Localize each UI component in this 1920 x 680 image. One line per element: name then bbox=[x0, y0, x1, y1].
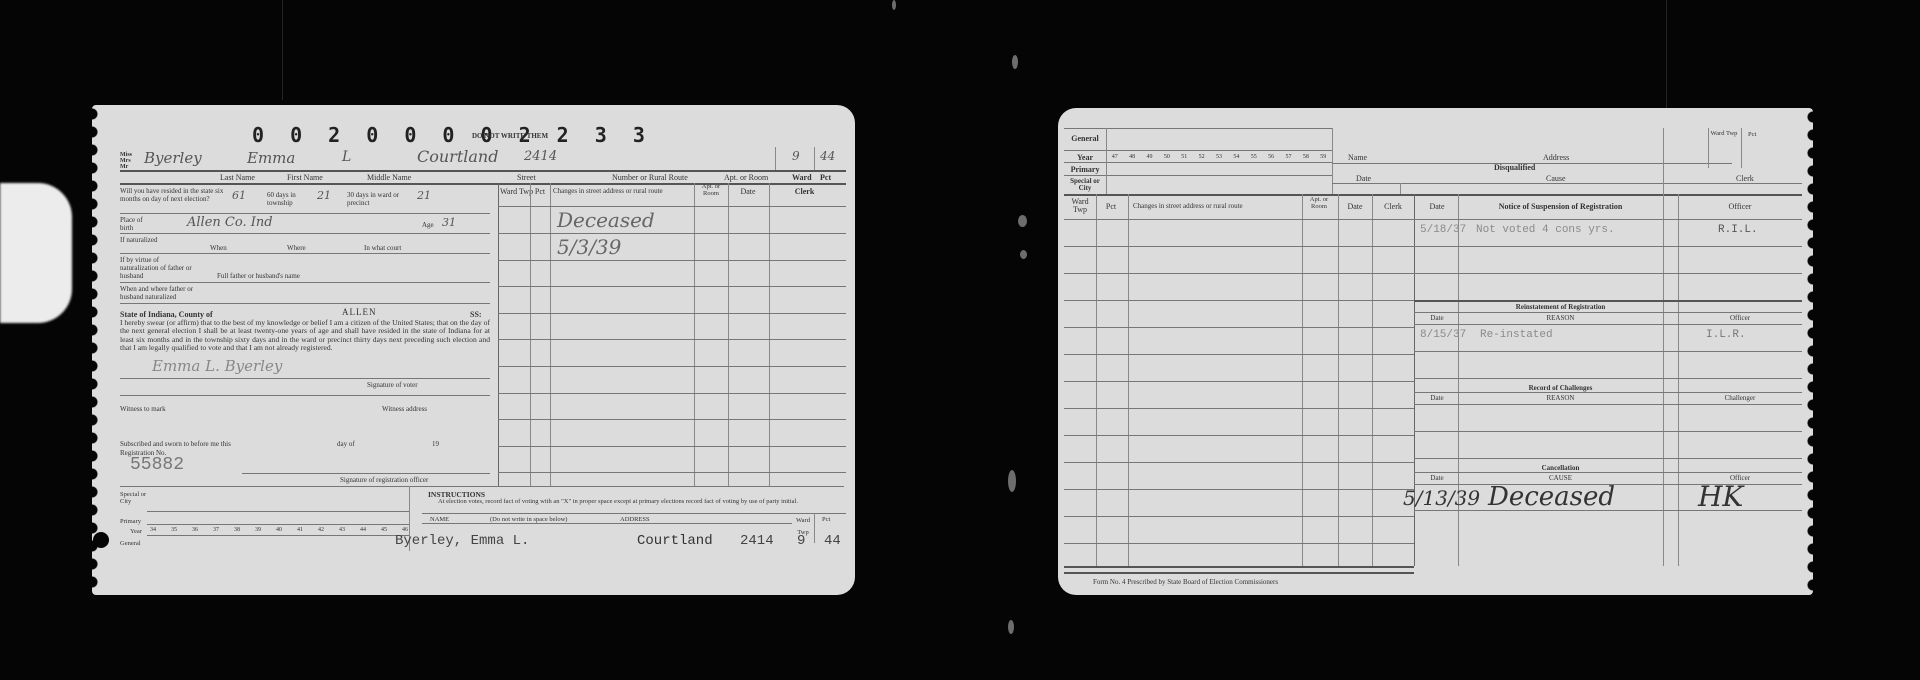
year-cell: 49 bbox=[1146, 153, 1152, 162]
divider bbox=[694, 183, 695, 486]
col-clerk: Clerk bbox=[1373, 202, 1413, 211]
rule bbox=[498, 233, 846, 234]
row-year: Year bbox=[130, 527, 142, 536]
year-cell: 39 bbox=[255, 526, 261, 535]
witness-address-label: Witness address bbox=[382, 405, 427, 414]
divider bbox=[769, 183, 770, 486]
rule bbox=[498, 446, 846, 447]
disq-clerk-label: Clerk bbox=[1736, 174, 1754, 183]
rule bbox=[1064, 219, 1414, 220]
divider bbox=[814, 513, 815, 543]
film-scratch bbox=[1666, 0, 1667, 110]
reinst-date-header: Date bbox=[1416, 314, 1458, 323]
q-age: Age bbox=[422, 221, 434, 230]
reinst-date: 8/15/37 bbox=[1420, 329, 1466, 341]
susp-reason: Not voted 4 cons yrs. bbox=[1476, 224, 1615, 236]
rule bbox=[120, 233, 490, 234]
divider bbox=[1106, 128, 1107, 194]
row-special-city: Special or City bbox=[1064, 178, 1106, 192]
typed-name: Byerley, Emma L. bbox=[395, 533, 529, 549]
year-cell: 53 bbox=[1216, 153, 1222, 162]
rule bbox=[1414, 458, 1802, 459]
rule bbox=[1332, 163, 1732, 164]
rule bbox=[1414, 312, 1802, 313]
label-number: Number or Rural Route bbox=[612, 173, 688, 182]
divider bbox=[530, 183, 531, 486]
col-clerk: Clerk bbox=[772, 187, 837, 196]
rule bbox=[1064, 489, 1414, 490]
middle-initial-handwriting: L bbox=[342, 149, 351, 165]
dust-speck bbox=[1008, 620, 1014, 634]
rule bbox=[1064, 354, 1414, 355]
rule bbox=[120, 213, 490, 214]
rule bbox=[498, 206, 846, 207]
susp-date-header: Date bbox=[1416, 202, 1458, 211]
reinst-reason: Re-instated bbox=[1480, 329, 1553, 341]
rule bbox=[498, 419, 846, 420]
rule bbox=[1414, 472, 1802, 473]
rule bbox=[120, 378, 490, 379]
rule bbox=[120, 253, 490, 254]
divider bbox=[1372, 194, 1373, 566]
disq-address-label: Address bbox=[1543, 153, 1569, 162]
rule bbox=[498, 286, 846, 287]
year-cell: 35 bbox=[171, 526, 177, 535]
rule bbox=[1332, 183, 1802, 184]
dust-speck bbox=[1020, 250, 1027, 259]
year-cell: 54 bbox=[1233, 153, 1239, 162]
year-prefix: 19 bbox=[432, 440, 439, 449]
q-when: When bbox=[210, 244, 227, 253]
typed-ward: 9 bbox=[797, 533, 805, 549]
rule bbox=[147, 535, 409, 536]
rule bbox=[1064, 175, 1332, 176]
pct-handwriting: 44 bbox=[820, 149, 835, 163]
rule bbox=[422, 523, 792, 524]
reinst-officer-header: Officer bbox=[1678, 314, 1802, 323]
row-primary: Primary bbox=[120, 517, 141, 526]
rule bbox=[1064, 543, 1414, 544]
registration-card-back: General Year Primary Special or City 47 … bbox=[1058, 108, 1813, 595]
divider bbox=[1338, 194, 1339, 566]
divider bbox=[1128, 194, 1129, 566]
cancel-date: 5/13/39 bbox=[1403, 486, 1480, 510]
year-cell: 42 bbox=[318, 526, 324, 535]
year-cell: 57 bbox=[1285, 153, 1291, 162]
susp-title: Notice of Suspension of Registration bbox=[1458, 202, 1663, 211]
col-ward-twp: Ward Twp bbox=[1064, 198, 1096, 214]
rule bbox=[498, 339, 846, 340]
col-apt: Apt. or Room bbox=[1302, 196, 1336, 210]
stamp-caption: DO NOT WRITE THEM bbox=[472, 132, 548, 141]
rule bbox=[498, 393, 846, 394]
rule bbox=[1064, 516, 1414, 517]
birth-handwriting: Allen Co. Ind bbox=[187, 215, 273, 230]
rule bbox=[1064, 128, 1332, 129]
number-handwriting: 2414 bbox=[524, 149, 557, 164]
rule bbox=[120, 486, 844, 487]
label-middle-name: Middle Name bbox=[367, 173, 411, 182]
typed-pct: 44 bbox=[824, 533, 841, 549]
rule bbox=[1414, 324, 1802, 325]
label-ward: Ward bbox=[792, 173, 812, 182]
rule bbox=[1064, 566, 1414, 568]
rule bbox=[1414, 431, 1802, 432]
dust-speck bbox=[1008, 470, 1016, 492]
rule bbox=[498, 472, 846, 473]
disq-cause-label: Cause bbox=[1546, 174, 1566, 183]
rule bbox=[1414, 300, 1802, 302]
divider bbox=[550, 183, 551, 486]
year-cell: 40 bbox=[276, 526, 282, 535]
film-scratch bbox=[282, 0, 283, 100]
rule bbox=[1414, 351, 1802, 352]
dust-speck bbox=[1018, 215, 1027, 227]
q-father-name: Full father or husband's name bbox=[217, 272, 300, 281]
col-date: Date bbox=[1338, 202, 1372, 211]
rule bbox=[1064, 273, 1414, 274]
rule bbox=[147, 511, 409, 512]
q-where: Where bbox=[287, 244, 306, 253]
year-cell: 43 bbox=[339, 526, 345, 535]
label-pct: Pct bbox=[820, 173, 831, 182]
disq-ward-label: Ward Twp bbox=[1710, 130, 1738, 137]
rule bbox=[147, 524, 409, 525]
year-cell: 51 bbox=[1181, 153, 1187, 162]
serial-stamp: 0 0 2 0 0 0 0 2 2 3 3 bbox=[252, 123, 652, 147]
year-cell: 37 bbox=[213, 526, 219, 535]
chal-challenger-header: Challenger bbox=[1678, 394, 1802, 403]
card-perforation bbox=[92, 105, 102, 595]
ward-days-handwriting: 21 bbox=[417, 189, 431, 202]
change-entry-date: 5/3/39 bbox=[557, 235, 621, 259]
township-handwriting: 21 bbox=[317, 189, 331, 202]
col-changes: Changes in street address or rural route bbox=[1133, 202, 1243, 211]
label-last-name: Last Name bbox=[220, 173, 255, 182]
rule bbox=[1064, 381, 1414, 382]
dust-speck bbox=[892, 0, 896, 10]
divider bbox=[1741, 128, 1742, 168]
year-cell: 52 bbox=[1199, 153, 1205, 162]
disq-pct-label: Pct bbox=[1748, 130, 1756, 139]
cancel-officer: HK bbox=[1698, 480, 1743, 513]
rule bbox=[1414, 392, 1802, 393]
rule bbox=[1064, 162, 1332, 163]
susp-officer: R.I.L. bbox=[1718, 224, 1758, 236]
year-cell: 41 bbox=[297, 526, 303, 535]
divider bbox=[1302, 194, 1303, 566]
rule bbox=[1414, 246, 1802, 247]
col-ward-twp: Ward Twp bbox=[500, 187, 530, 196]
rule bbox=[1414, 273, 1802, 274]
year-cell: 59 bbox=[1320, 153, 1326, 162]
year-cell: 56 bbox=[1268, 153, 1274, 162]
rule bbox=[242, 473, 490, 474]
instructions-text: At election votes, record fact of voting… bbox=[438, 498, 838, 505]
typed-number: 2414 bbox=[740, 533, 774, 549]
chal-date-header: Date bbox=[1416, 394, 1458, 403]
row-special-city: Special or City bbox=[120, 491, 150, 505]
susp-officer-header: Officer bbox=[1678, 202, 1802, 211]
rule bbox=[498, 260, 846, 261]
label-first-name: First Name bbox=[287, 173, 323, 182]
year-cell: 50 bbox=[1164, 153, 1170, 162]
row-year: Year bbox=[1064, 153, 1106, 162]
q-court: In what court bbox=[364, 244, 401, 253]
day-of-label: day of bbox=[337, 440, 355, 449]
dust-speck bbox=[1012, 55, 1018, 69]
first-name-handwriting: Emma bbox=[247, 149, 295, 167]
divider bbox=[814, 147, 815, 172]
reinst-title: Reinstatement of Registration bbox=[1458, 303, 1663, 312]
col-pct: Pct bbox=[1096, 202, 1126, 211]
q-naturalized: If naturalized bbox=[120, 236, 165, 244]
rule bbox=[1064, 572, 1414, 574]
divider bbox=[1663, 128, 1664, 194]
resided-handwriting: 61 bbox=[232, 189, 246, 202]
reinst-reason-header: REASON bbox=[1458, 314, 1663, 323]
q-township: 60 days in township bbox=[267, 191, 317, 207]
registration-number: 55882 bbox=[130, 455, 184, 475]
divider bbox=[1332, 128, 1333, 194]
rule bbox=[1064, 408, 1414, 409]
divider bbox=[775, 147, 776, 172]
year-cell: 36 bbox=[192, 526, 198, 535]
rule bbox=[120, 395, 490, 396]
year-cell: 47 bbox=[1112, 153, 1118, 162]
rule bbox=[1064, 194, 1802, 196]
film-glare bbox=[0, 183, 72, 323]
form-footer: Form No. 4 Prescribed by State Board of … bbox=[1093, 578, 1278, 587]
rule bbox=[1064, 300, 1414, 301]
divider bbox=[728, 183, 729, 486]
rule bbox=[120, 183, 846, 185]
divider bbox=[498, 183, 499, 486]
age-handwriting: 31 bbox=[442, 216, 456, 229]
rule bbox=[120, 282, 490, 283]
rule bbox=[1064, 246, 1414, 247]
divider bbox=[1096, 194, 1097, 566]
last-name-handwriting: Byerley bbox=[144, 149, 202, 167]
rule bbox=[1414, 378, 1802, 379]
rule bbox=[422, 513, 846, 514]
year-cell: 38 bbox=[234, 526, 240, 535]
q-resided-state: Will you have resided in the state six m… bbox=[120, 187, 230, 203]
label-street: Street bbox=[517, 173, 536, 182]
rule bbox=[120, 303, 490, 304]
disq-date-label: Date bbox=[1356, 174, 1371, 183]
oath-text: I hereby swear (or affirm) that to the b… bbox=[120, 319, 490, 353]
disq-title: Disqualified bbox=[1494, 163, 1535, 172]
rule bbox=[498, 313, 846, 314]
year-cell: 44 bbox=[360, 526, 366, 535]
registration-card-front: 0 0 2 0 0 0 0 2 2 3 3 DO NOT WRITE THEM … bbox=[92, 105, 855, 595]
year-cells: 47 48 49 50 51 52 53 54 55 56 57 58 59 bbox=[1106, 153, 1332, 162]
rule bbox=[1414, 510, 1802, 511]
rule bbox=[1414, 219, 1802, 220]
reinst-officer: I.L.R. bbox=[1706, 329, 1746, 341]
signature-voter-label: Signature of voter bbox=[367, 381, 418, 390]
year-cell: 45 bbox=[381, 526, 387, 535]
q-birth: Place of birth bbox=[120, 216, 150, 232]
typed-street: Courtland bbox=[637, 533, 713, 549]
q-ward: 30 days in ward or precinct bbox=[347, 191, 417, 207]
q-by-virtue: If by virtue of naturalization of father… bbox=[120, 256, 195, 280]
name-underline bbox=[120, 170, 846, 172]
divider bbox=[1708, 128, 1709, 168]
q-when-where: When and where father or husband natural… bbox=[120, 285, 205, 301]
change-entry-deceased: Deceased bbox=[557, 208, 655, 232]
year-cell: 58 bbox=[1303, 153, 1309, 162]
year-cell: 34 bbox=[150, 526, 156, 535]
row-general: General bbox=[1064, 134, 1106, 143]
card-perforation bbox=[1803, 108, 1813, 595]
col-pct: Pct bbox=[530, 187, 550, 196]
col-date: Date bbox=[728, 187, 768, 196]
label-apt: Apt. or Room bbox=[724, 173, 768, 182]
year-cell: 55 bbox=[1251, 153, 1257, 162]
cancel-date-header: Date bbox=[1416, 474, 1458, 483]
voter-signature: Emma L. Byerley bbox=[152, 357, 282, 375]
rule bbox=[1414, 404, 1802, 405]
susp-date: 5/18/37 bbox=[1420, 224, 1466, 236]
year-cells: 34 35 36 37 38 39 40 41 42 43 44 45 46 bbox=[150, 526, 408, 535]
pct-label: Pct bbox=[822, 515, 830, 524]
rule bbox=[1064, 435, 1414, 436]
cancel-cause: Deceased bbox=[1488, 482, 1615, 512]
chal-reason-header: REASON bbox=[1458, 394, 1663, 403]
col-changes: Changes in street address or rural route bbox=[553, 187, 663, 196]
punch-hole bbox=[93, 532, 109, 548]
row-general: General bbox=[120, 539, 141, 548]
rule bbox=[1064, 462, 1414, 463]
ward-handwriting: 9 bbox=[792, 149, 800, 163]
witness-mark-label: Witness to mark bbox=[120, 405, 166, 414]
officer-signature-label: Signature of registration officer bbox=[340, 476, 428, 485]
divider bbox=[1400, 183, 1401, 194]
rule bbox=[1064, 327, 1414, 328]
year-cell: 48 bbox=[1129, 153, 1135, 162]
rule bbox=[498, 366, 846, 367]
disq-name-label: Name bbox=[1348, 153, 1367, 162]
rule bbox=[1064, 150, 1332, 151]
subscribed-label: Subscribed and sworn to before me this bbox=[120, 440, 231, 449]
street-handwriting: Courtland bbox=[417, 147, 498, 166]
oath-county: ALLEN bbox=[342, 308, 377, 317]
col-apt: Apt. or Room bbox=[694, 183, 728, 197]
row-primary: Primary bbox=[1064, 165, 1106, 174]
